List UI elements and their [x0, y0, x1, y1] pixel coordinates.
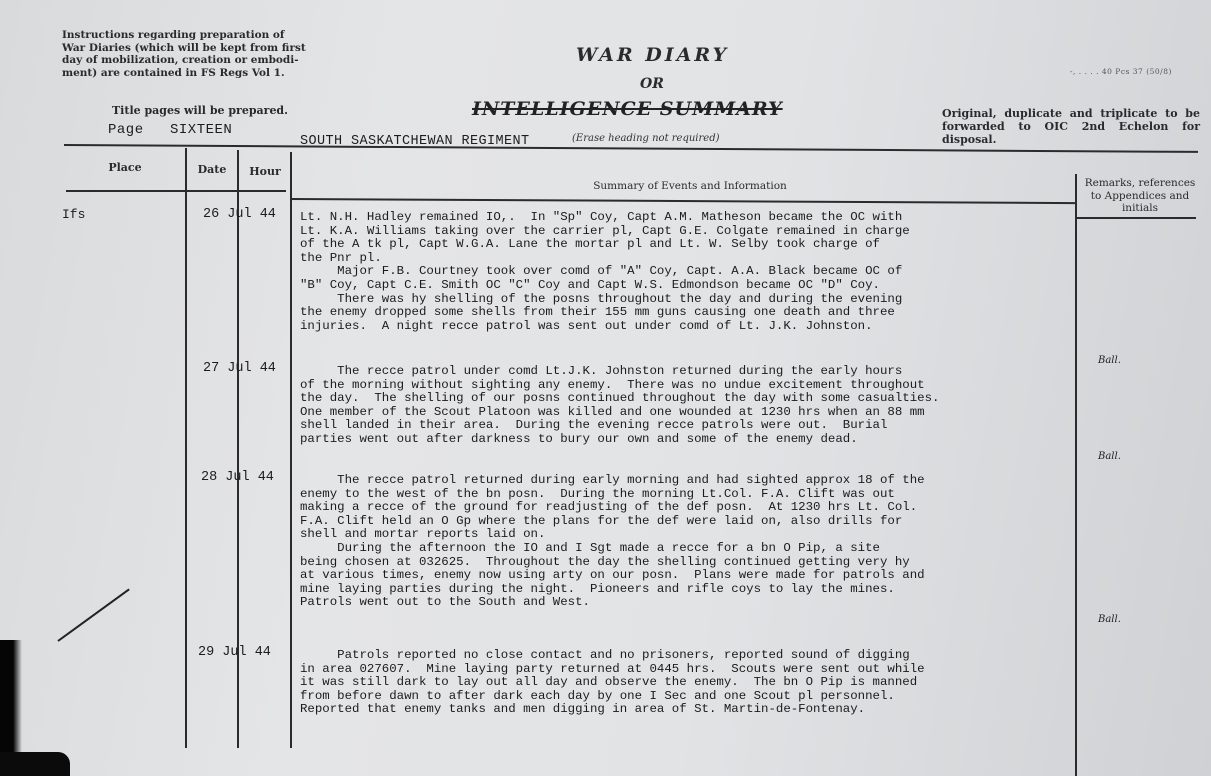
column-divider-summary-remarks [1075, 174, 1077, 776]
heading-intelligence-summary: INTELLIGENCE SUMMARY [472, 98, 783, 120]
title-pages-note: Title pages will be prepared. [112, 104, 288, 117]
column-divider-place-date [185, 148, 187, 748]
column-header-remarks: Remarks, references to Appendices and in… [1080, 177, 1200, 215]
entry-summary: Patrols reported no close contact and no… [300, 649, 1070, 717]
entry-date: 29 Jul 44 [198, 645, 271, 660]
heading-or: OR [640, 76, 664, 92]
entry-date: 27 Jul 44 [203, 361, 276, 376]
page-number: SIXTEEN [170, 122, 232, 138]
instructions-line: day of mobilization, creation or embodi- [62, 54, 332, 67]
instructions-note: Instructions regarding preparation of Wa… [62, 29, 332, 79]
column-header-summary: Summary of Events and Information [520, 180, 860, 192]
header-bottom-rule-remarks [1076, 217, 1196, 219]
instructions-line: ment) are contained in FS Regs Vol 1. [62, 67, 332, 80]
place-cell: Ifs [62, 207, 85, 222]
forwarding-note: Original, duplicate and triplicate to be… [942, 107, 1200, 146]
column-header-hour: Hour [242, 165, 288, 178]
form-code: -, . . . . 40 Pcs 37 (50/8) [1070, 67, 1172, 76]
entry-initials: Ball. [1098, 355, 1121, 366]
entry-date: 28 Jul 44 [201, 470, 274, 485]
instructions-line: War Diaries (which will be kept from fir… [62, 42, 332, 55]
entry-summary: The recce patrol under comd Lt.J.K. John… [300, 365, 1070, 447]
erase-note: (Erase heading not required) [572, 133, 720, 144]
entry-summary: Lt. N.H. Hadley remained IO,. In "Sp" Co… [300, 211, 1070, 333]
photo-corner-shadow [0, 752, 70, 776]
column-header-place: Place [90, 161, 160, 174]
entry-initials: Ball. [1098, 451, 1121, 462]
pen-stroke-mark [57, 588, 129, 641]
instructions-line: Instructions regarding preparation of [62, 29, 332, 42]
heading-war-diary: WAR DIARY [576, 44, 729, 66]
entry-date: 26 Jul 44 [203, 207, 276, 222]
entry-initials: Ball. [1098, 614, 1121, 625]
entry-summary: The recce patrol returned during early m… [300, 474, 1070, 610]
page-label: Page [108, 122, 144, 138]
header-bottom-rule-left [66, 190, 286, 192]
column-divider-hour-summary [290, 152, 292, 748]
column-header-date: Date [190, 163, 234, 176]
header-bottom-rule-summary [290, 198, 1075, 204]
